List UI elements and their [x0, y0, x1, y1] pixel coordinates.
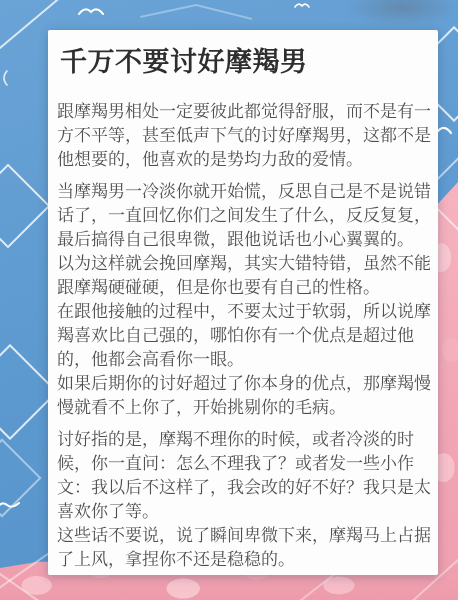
- text-line: 如果后期你的讨好超过了你本身的优点，那摩羯慢慢就看不上你了，开始挑剔你的毛病。: [57, 372, 433, 420]
- post-image-background: 千万不要讨好摩羯男 跟摩羯男相处一定要彼此都觉得舒服，而不是有一方不平等，甚至低…: [0, 0, 458, 600]
- text-line: 以为这样就会挽回摩羯，其实大错特错，虽然不能跟摩羯硬碰硬，但是你也要有自己的性格…: [57, 252, 433, 300]
- ink-smudge: [346, 0, 458, 26]
- text-line: 当摩羯男一冷淡你就开始慌，反思自己是不是说错话了，一直回忆你们之间发生了什么，反…: [57, 180, 433, 252]
- wave-icon: [0, 500, 20, 510]
- paragraph-block-1: 跟摩羯男相处一定要彼此都觉得舒服，而不是有一方不平等，甚至低声下气的讨好摩羯男，…: [57, 100, 433, 172]
- text-line: 讨好指的是，摩羯不理你的时候，或者冷淡的时候，你一直问：怎么不理我了？或者发一些…: [57, 428, 433, 524]
- crease-line: [140, 4, 197, 18]
- text-line: 在跟他接触的过程中，不要太过于软弱，所以说摩羯喜欢比自己强的，哪怕你有一个优点是…: [57, 300, 433, 372]
- text-line: 跟摩羯男相处一定要彼此都觉得舒服，而不是有一方不平等，甚至低声下气的讨好摩羯男，…: [57, 100, 433, 172]
- content-card: 千万不要讨好摩羯男 跟摩羯男相处一定要彼此都觉得舒服，而不是有一方不平等，甚至低…: [48, 30, 438, 575]
- wave-icon: [0, 70, 10, 86]
- post-title: 千万不要讨好摩羯男: [60, 46, 433, 80]
- text-line: 这些话不要说，说了瞬间卑微下来，摩羯马上占据了上风，拿捏你不还是稳稳的。: [57, 524, 433, 572]
- crease-line: [196, 4, 253, 20]
- diamond-fold-icon: [0, 164, 50, 249]
- seagull-icon: [294, 1, 310, 9]
- paragraph-block-3: 讨好指的是，摩羯不理你的时候，或者冷淡的时候，你一直问：怎么不理我了？或者发一些…: [57, 428, 433, 572]
- seagull-icon: [78, 5, 104, 16]
- paragraph-block-2: 当摩羯男一冷淡你就开始慌，反思自己是不是说错话了，一直回忆你们之间发生了什么，反…: [57, 180, 433, 420]
